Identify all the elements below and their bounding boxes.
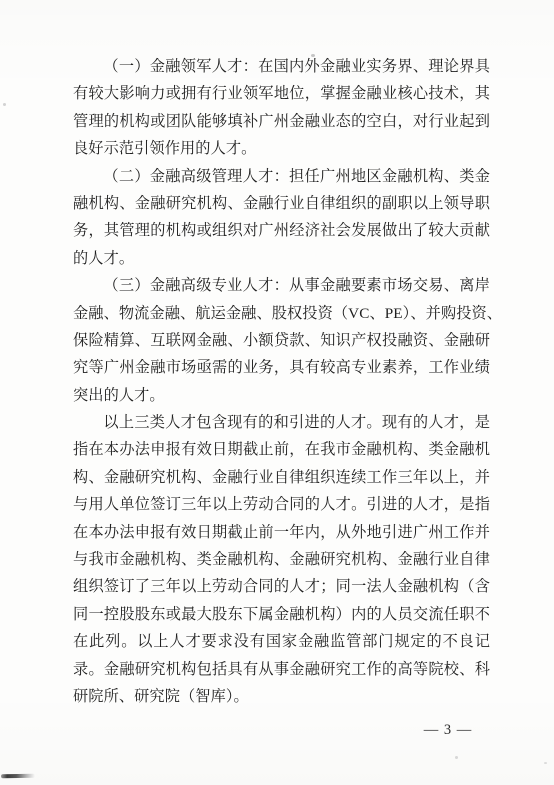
text-line: 有较大影响力或拥有行业领军地位，掌握金融业核心技术，其 (73, 80, 490, 107)
text-line: 以上三类人才包含现有的和引进的人才。现有的人才，是 (73, 409, 490, 436)
text-line: 管理的机构或团队能够填补广州金融业态的空白，对行业起到 (73, 108, 490, 135)
text-line: 保险精算、互联网金融、小额贷款、知识产权投融资、金融研 (73, 327, 490, 354)
paragraph-financial-senior-professional-talent: （三）金融高级专业人才：从事金融要素市场交易、离岸金融、物流金融、航运金融、股权… (73, 272, 490, 409)
text-line: 同一控股股东或最大股东下属金融机构）内的人员交流任职不 (73, 601, 490, 628)
text-line: 突出的人才。 (73, 382, 490, 409)
text-line: 与用人单位签订三年以上劳动合同的人才。引进的人才，是指 (73, 491, 490, 518)
scan-smudge-artifact (1, 774, 35, 779)
page-number: — 3 — (416, 720, 480, 740)
text-line: 与我市金融机构、类金融机构、金融研究机构、金融行业自律 (73, 546, 490, 573)
paragraph-financial-senior-management-talent: （二）金融高级管理人才：担任广州地区金融机构、类金融机构、金融研究机构、金融行业… (73, 163, 490, 273)
text-line: 究等广州金融市场亟需的业务，具有较高专业素养，工作业绩 (73, 354, 490, 381)
text-line: 录。金融研究机构包括具有从事金融研究工作的高等院校、科 (73, 656, 490, 683)
text-line: （二）金融高级管理人才：担任广州地区金融机构、类金 (73, 163, 490, 190)
text-line: 的人才。 (73, 245, 490, 272)
text-line: 融机构、金融研究机构、金融行业自律组织的副职以上领导职 (73, 190, 490, 217)
text-line: 在本办法申报有效日期截止前一年内，从外地引进广州工作并 (73, 519, 490, 546)
scanned-document-page: （一）金融领军人才：在国内外金融业实务界、理论界具有较大影响力或拥有行业领军地位… (0, 0, 554, 785)
text-line: 务，其管理的机构或组织对广州经济社会发展做出了较大贡献 (73, 217, 490, 244)
document-text: （一）金融领军人才：在国内外金融业实务界、理论界具有较大影响力或拥有行业领军地位… (73, 53, 490, 710)
paragraph-talent-scope-definition: 以上三类人才包含现有的和引进的人才。现有的人才，是指在本办法申报有效日期截止前，… (73, 409, 490, 710)
text-line: 金融、物流金融、航运金融、股权投资（VC、PE）、并购投资、 (73, 300, 490, 327)
text-line: （一）金融领军人才：在国内外金融业实务界、理论界具 (73, 53, 490, 80)
text-line: 组织签订了三年以上劳动合同的人才；同一法人金融机构（含 (73, 573, 490, 600)
text-line: 良好示范引领作用的人才。 (73, 135, 490, 162)
scan-speck-artifact (3, 103, 6, 106)
scan-speck-artifact (544, 762, 547, 764)
scan-speck-artifact (455, 756, 458, 759)
text-line: （三）金融高级专业人才：从事金融要素市场交易、离岸 (73, 272, 490, 299)
paragraph-financial-leading-talent: （一）金融领军人才：在国内外金融业实务界、理论界具有较大影响力或拥有行业领军地位… (73, 53, 490, 163)
scan-speck-artifact (311, 54, 315, 57)
text-line: 在此列。以上人才要求没有国家金融监管部门规定的不良记 (73, 628, 490, 655)
text-line: 指在本办法申报有效日期截止前，在我市金融机构、类金融机 (73, 436, 490, 463)
text-line: 研院所、研究院（智库）。 (73, 683, 490, 710)
text-line: 构、金融研究机构、金融行业自律组织连续工作三年以上，并 (73, 464, 490, 491)
